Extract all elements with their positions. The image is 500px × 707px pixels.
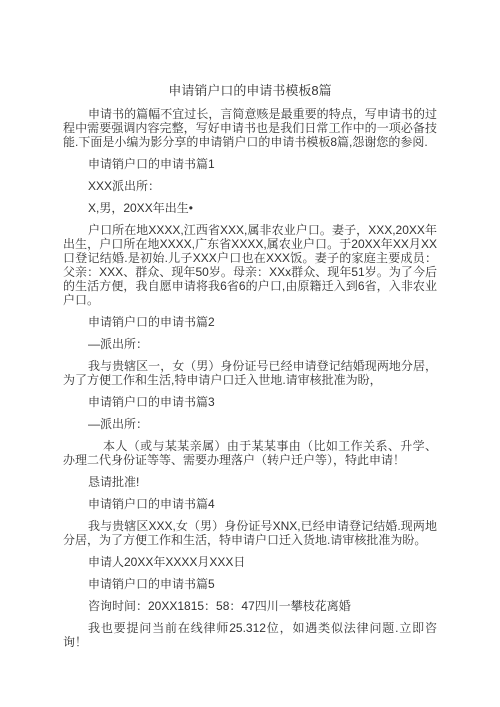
paragraph: 户口所在地XXXX,江西省XXX,属非农业户口。妻子，XXX,20XX年出生，户… — [63, 223, 437, 307]
paragraph: 恳请批准! — [63, 475, 437, 489]
document-title: 申请销户口的申请书模板8篇 — [63, 84, 437, 98]
paragraph: 申请人20XX年XXXX月XXX日 — [63, 555, 437, 569]
paragraph: 本人（或与某某亲属）由于某某事由（比如工作关系、升学、办理二代身份证等等、需要办… — [63, 439, 437, 467]
paragraph: 申请销户口的申请书篇2 — [63, 315, 437, 329]
document-page: 申请销户口的申请书模板8篇 申请书的篇幅不宜过长，言简意赅是最重要的特点，写申请… — [0, 0, 500, 707]
paragraph: 咨询时间：20XX1815：58：47四川一攀枝花离婚 — [63, 599, 437, 613]
paragraph: 申请销户口的申请书篇4 — [63, 497, 437, 511]
paragraph: 申请书的篇幅不宜过长，言简意赅是最重要的特点，写申请书的过程中需要强调内容完整，… — [63, 107, 437, 149]
paragraph: 我与贵辖区XXX,女（男）身份证号XNX,已经申请登记结婚.现两地分居，为了方便… — [63, 519, 437, 547]
paragraph: 我也要提问当前在线律师25.312位，如遇类似法律问题.立即咨询！ — [63, 621, 437, 649]
paragraph: XXX派出所： — [63, 179, 437, 193]
paragraph: —派出所： — [63, 417, 437, 431]
paragraph: 申请销户口的申请书篇1 — [63, 157, 437, 171]
paragraph: 我与贵辖区一，女（男）身份证号已经申请登记结婚现两地分居，为了方便工作和生活,特… — [63, 359, 437, 387]
paragraph: X,男，20XX年出生• — [63, 201, 437, 215]
paragraph: 申请销户口的申请书篇3 — [63, 395, 437, 409]
paragraph: —派出所： — [63, 337, 437, 351]
document-body: 申请书的篇幅不宜过长，言简意赅是最重要的特点，写申请书的过程中需要强调内容完整，… — [63, 107, 437, 649]
paragraph: 申请销户口的申请书篇5 — [63, 577, 437, 591]
